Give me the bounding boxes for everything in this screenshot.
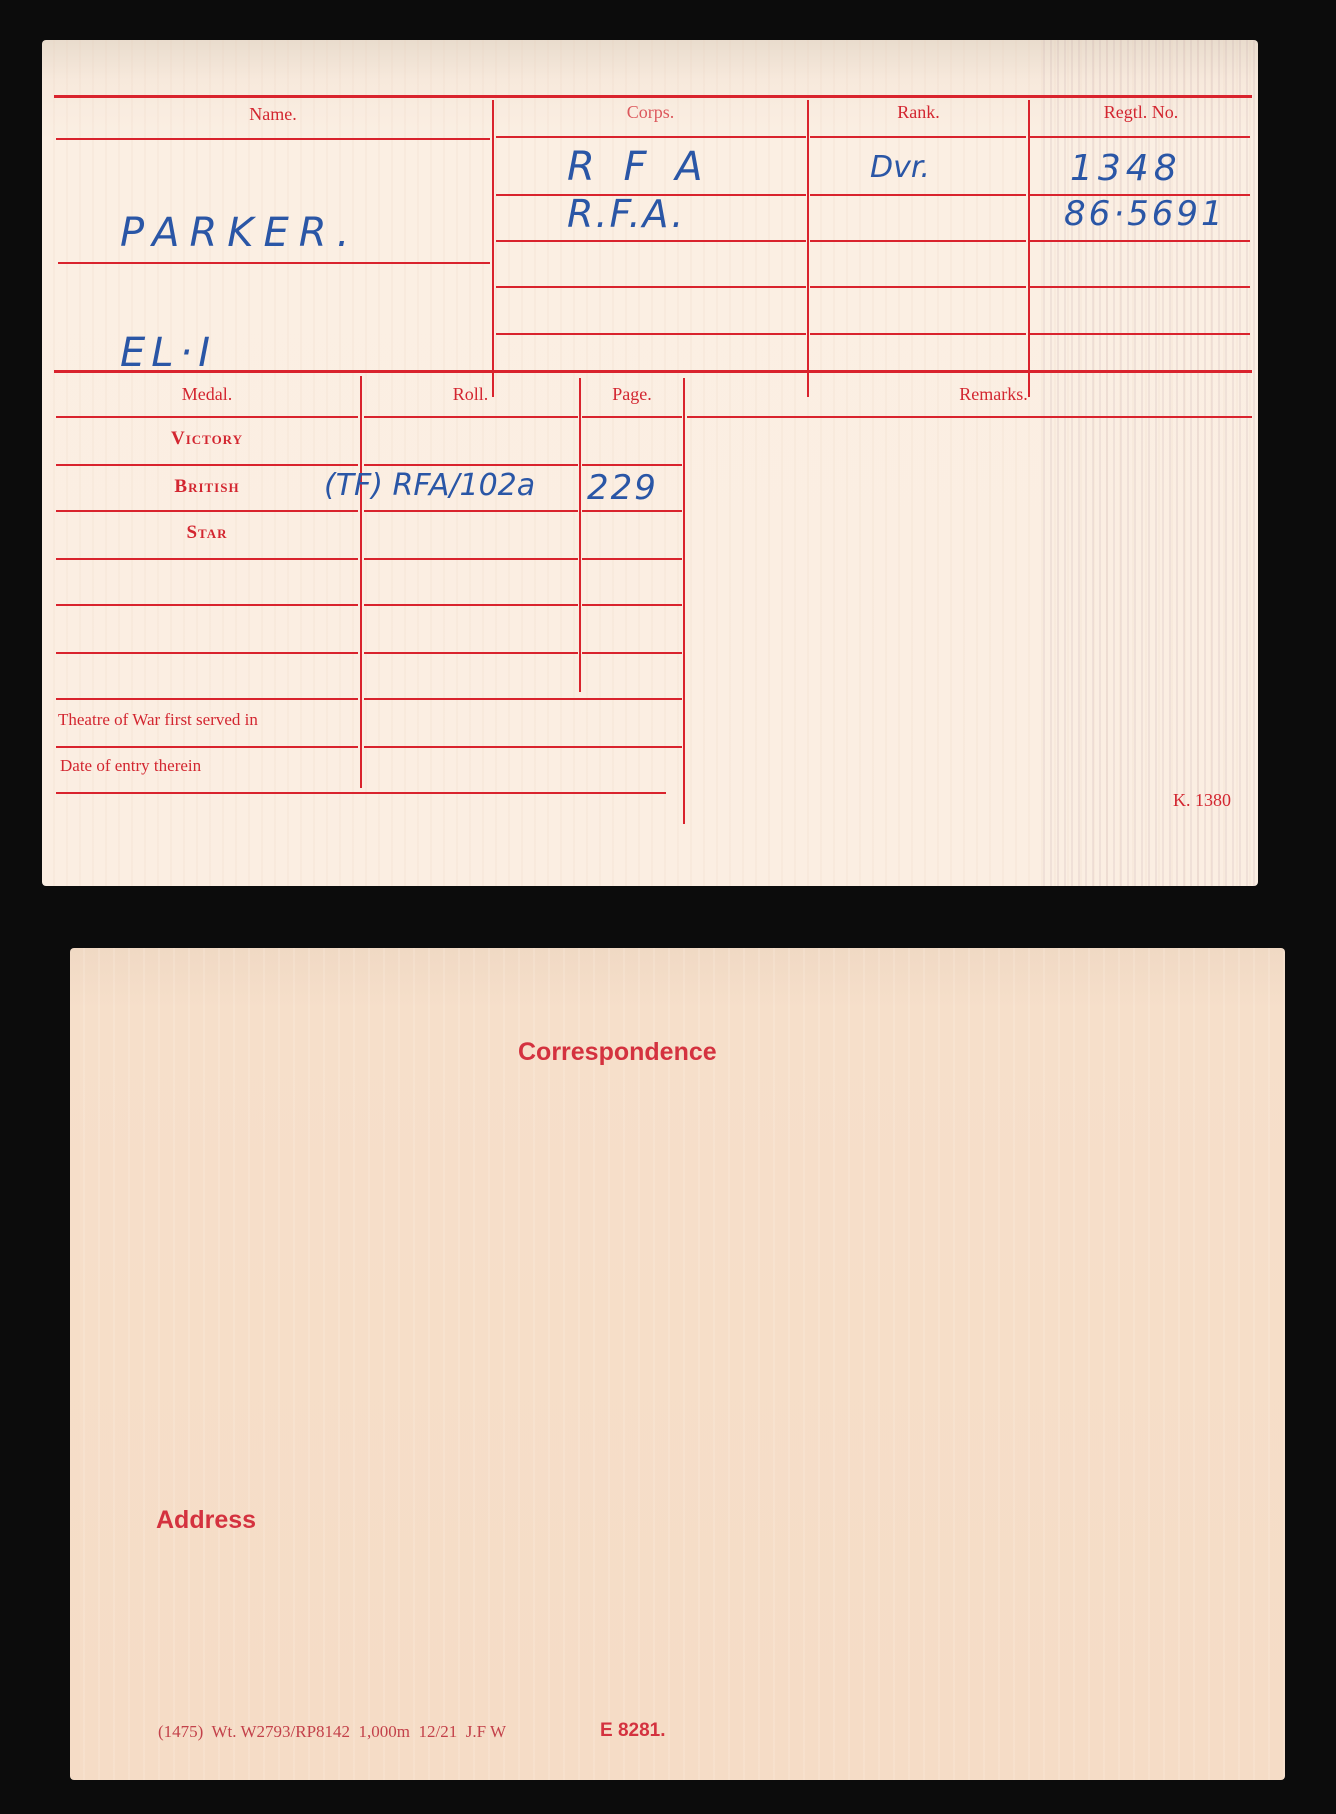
correspondence-label: Correspondence	[518, 1038, 717, 1067]
page-header: Page.	[581, 384, 683, 405]
rank-rule-3	[810, 240, 1026, 242]
form-code: E 8281.	[600, 1720, 666, 1742]
rank-rule-5	[810, 333, 1026, 335]
medal-british: British	[54, 476, 360, 498]
medal-header: Medal.	[54, 384, 360, 405]
name-header: Name.	[54, 104, 492, 125]
roll-rule-8	[364, 746, 682, 748]
medal-rule-1	[56, 416, 358, 418]
rank-rule-4	[810, 286, 1026, 288]
rank-rule-2	[810, 194, 1026, 196]
medal-star: Star	[54, 522, 360, 544]
roll-rule-4	[364, 558, 578, 560]
roll-rule-1	[364, 416, 578, 418]
roll-rule-7	[364, 698, 682, 700]
regtl-rule-3	[1030, 240, 1250, 242]
printer-line: (1475) Wt. W2793/RP8142 1,000m 12/21 J.F…	[158, 1722, 506, 1742]
regtl-rule-1	[1030, 136, 1250, 138]
form-number: K. 1380	[1152, 790, 1252, 811]
medal-rule-7	[56, 698, 358, 700]
british-roll-entry: (TF) RFA/102a	[324, 468, 535, 503]
corps-rule-4	[496, 286, 806, 288]
divider-corps-rank	[807, 100, 809, 397]
name-rule-2	[58, 262, 490, 264]
roll-rule-6	[364, 652, 578, 654]
corps-entry-1: R F A	[567, 144, 711, 190]
corps-rule-5	[496, 333, 806, 335]
medal-rule-4	[56, 558, 358, 560]
page-rule-1	[582, 416, 682, 418]
divider-name-corps	[492, 100, 494, 397]
regtl-no-header: Regtl. No.	[1030, 102, 1252, 123]
page-rule-5	[582, 604, 682, 606]
medal-victory: Victory	[54, 428, 360, 450]
medal-rule-3	[56, 510, 358, 512]
british-page-entry: 229	[587, 468, 658, 508]
regtl-entry-2: 86·5691	[1064, 194, 1226, 234]
roll-rule-3	[364, 510, 578, 512]
corps-entry-2: R.F.A.	[567, 192, 685, 236]
regtl-rule-5	[1030, 333, 1250, 335]
theatre-label: Theatre of War first served in	[58, 710, 368, 730]
address-label: Address	[156, 1506, 256, 1535]
rank-header: Rank.	[809, 102, 1028, 123]
divider-roll-page	[579, 378, 581, 692]
medal-rule-6	[56, 652, 358, 654]
surname-entry: PARKER.	[120, 210, 359, 256]
top-rule	[54, 95, 1252, 98]
divider-rank-regtl	[1028, 100, 1030, 397]
page-rule-3	[582, 510, 682, 512]
rank-entry: Dvr.	[870, 150, 930, 185]
medal-rule-8	[56, 746, 358, 748]
page-rule-4	[582, 558, 682, 560]
roll-rule-5	[364, 604, 578, 606]
roll-rule-2	[364, 464, 578, 466]
roll-header: Roll.	[362, 384, 579, 405]
medal-rule-2	[56, 464, 358, 466]
rank-rule-1	[810, 136, 1026, 138]
divider-page-remarks	[683, 378, 685, 824]
medal-card-back: Correspondence Address (1475) Wt. W2793/…	[70, 948, 1285, 1780]
name-rule-1	[56, 138, 490, 140]
medal-rule-bottom	[56, 792, 666, 794]
remarks-rule	[687, 416, 1252, 418]
medal-rule-5	[56, 604, 358, 606]
regtl-rule-4	[1030, 286, 1250, 288]
page-rule-6	[582, 652, 682, 654]
corps-header: Corps.	[494, 102, 807, 123]
remarks-header: Remarks.	[685, 384, 1252, 405]
medal-card-front: Name. Corps. Rank. Regtl. No. PARKER. EL…	[42, 40, 1258, 886]
regtl-entry-1: 1348	[1070, 148, 1182, 189]
mid-rule	[54, 370, 1252, 373]
corps-rule-1	[496, 136, 806, 138]
date-entry-label: Date of entry therein	[60, 756, 360, 776]
page-rule-2	[582, 464, 682, 466]
corps-rule-3	[496, 240, 806, 242]
